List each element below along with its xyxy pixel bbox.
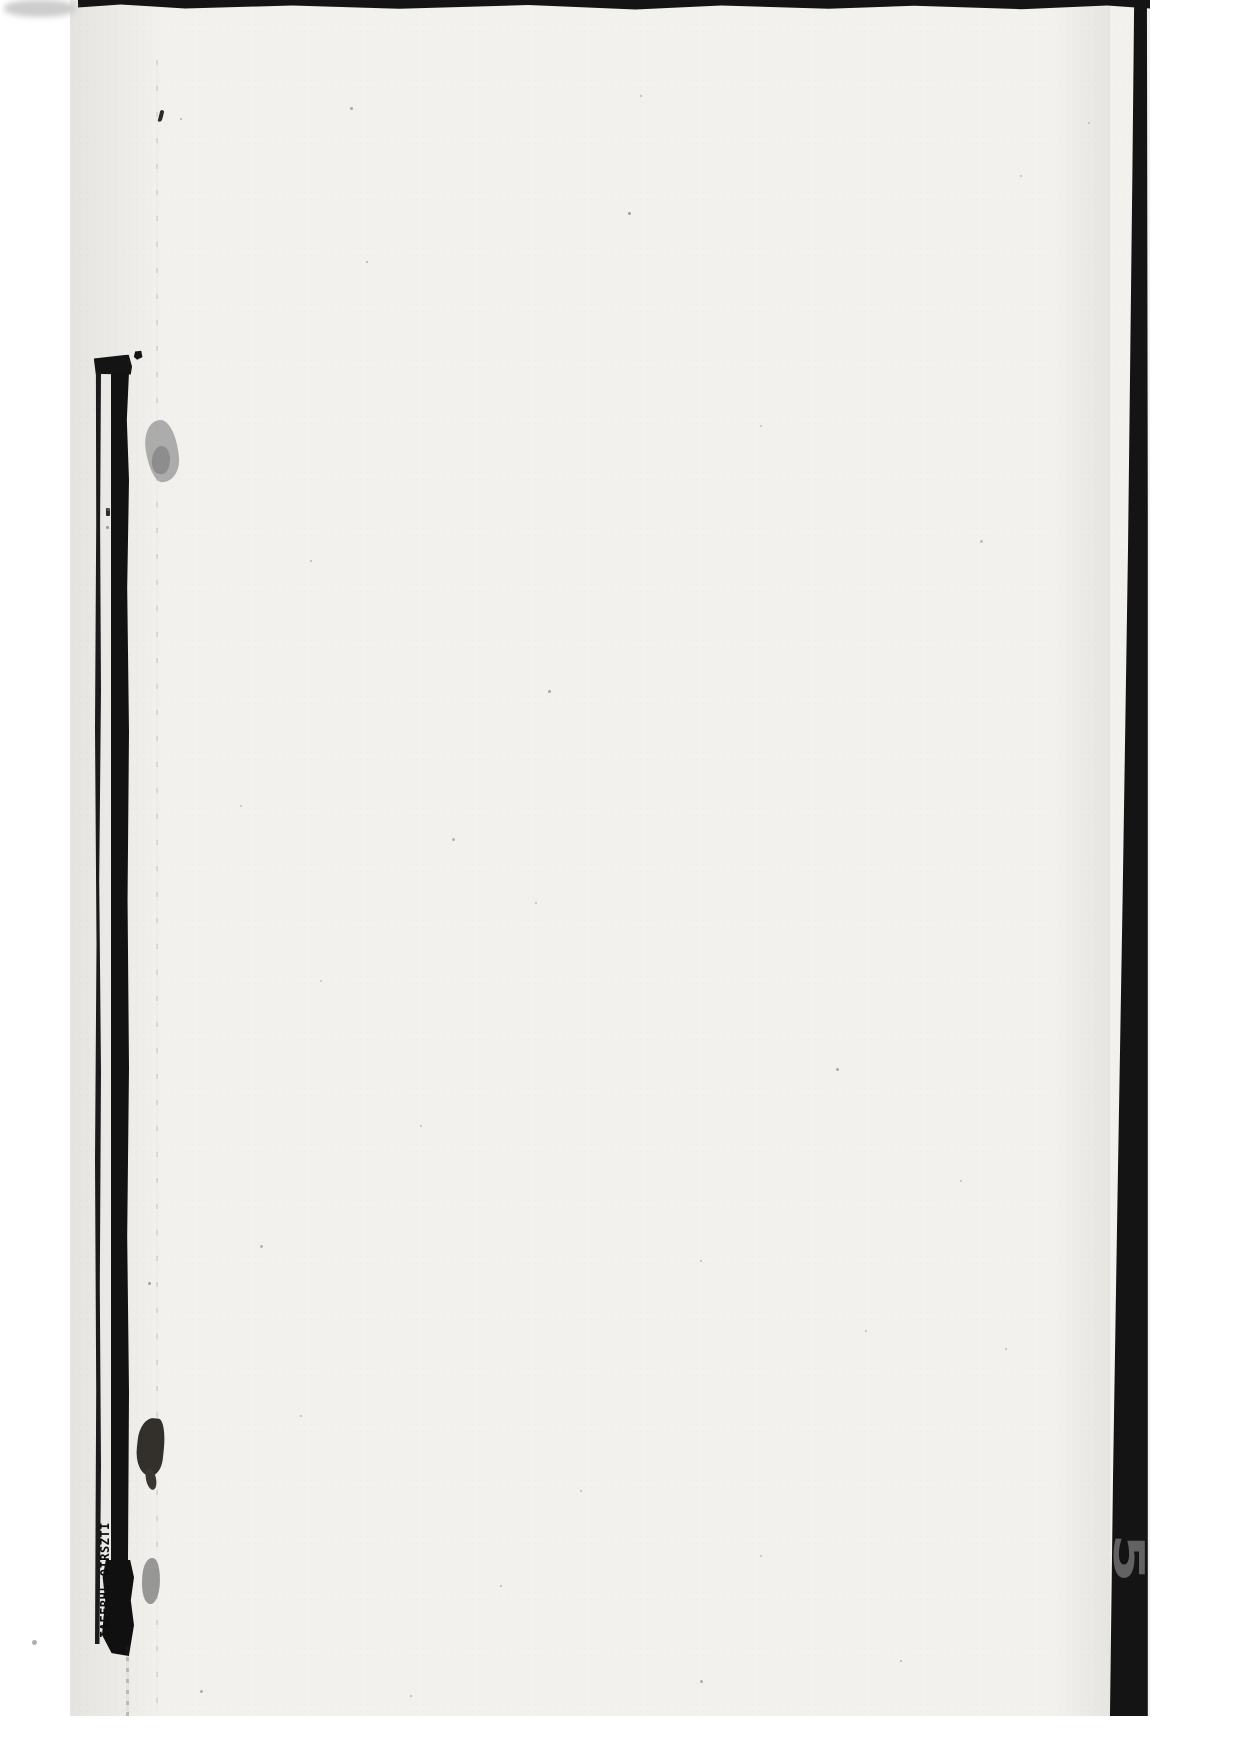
paper-speck	[1088, 122, 1090, 124]
paper-speck	[900, 1660, 902, 1662]
spine-rotated-text: IAEFRHL OIRSZTI	[99, 1236, 112, 1638]
paper-speck	[760, 1555, 762, 1557]
paper-speck	[500, 1585, 502, 1587]
paper-speck	[452, 838, 455, 841]
paper-speck	[700, 1680, 703, 1683]
paper-speck	[366, 261, 368, 263]
paper-speck	[106, 526, 109, 529]
paper-speck	[240, 805, 242, 807]
paper-speck	[865, 1330, 867, 1332]
paper-speck	[148, 1282, 151, 1285]
paper-speck	[200, 1690, 203, 1693]
paper-speck	[300, 1415, 302, 1417]
paper-speck	[535, 902, 537, 904]
paper-speck	[760, 425, 762, 427]
bottom-crease-segment	[126, 1646, 129, 1716]
paper-speck	[260, 1245, 263, 1248]
paper-speck	[350, 107, 353, 110]
right-edge-shadow	[1055, 0, 1110, 1716]
paper-speck	[180, 118, 182, 120]
paper-sheet	[70, 0, 1150, 1716]
paper-speck	[410, 1695, 412, 1697]
paper-speck	[628, 212, 631, 215]
paper-speck	[640, 95, 642, 97]
paper-speck	[836, 1068, 839, 1071]
paper-speck	[320, 980, 322, 982]
paper-speck	[420, 1125, 422, 1127]
paper-speck	[1005, 1348, 1007, 1350]
scanned-book-page: 5 IAEFRHL OIRSZTI	[0, 0, 1240, 1752]
paper-speck	[548, 690, 551, 693]
paper-speck	[1020, 175, 1022, 177]
paper-speck	[980, 540, 983, 543]
paper-speck	[310, 560, 312, 562]
facing-page-spine-bar	[111, 372, 129, 1572]
paper-speck	[107, 508, 110, 511]
paper-speck	[32, 1640, 37, 1645]
page-number-watermark: 5	[1100, 1524, 1155, 1591]
top-left-smudge	[4, 0, 76, 17]
paper-speck	[960, 1180, 962, 1182]
paper-speck	[580, 1490, 582, 1492]
paper-speck	[700, 1260, 702, 1262]
